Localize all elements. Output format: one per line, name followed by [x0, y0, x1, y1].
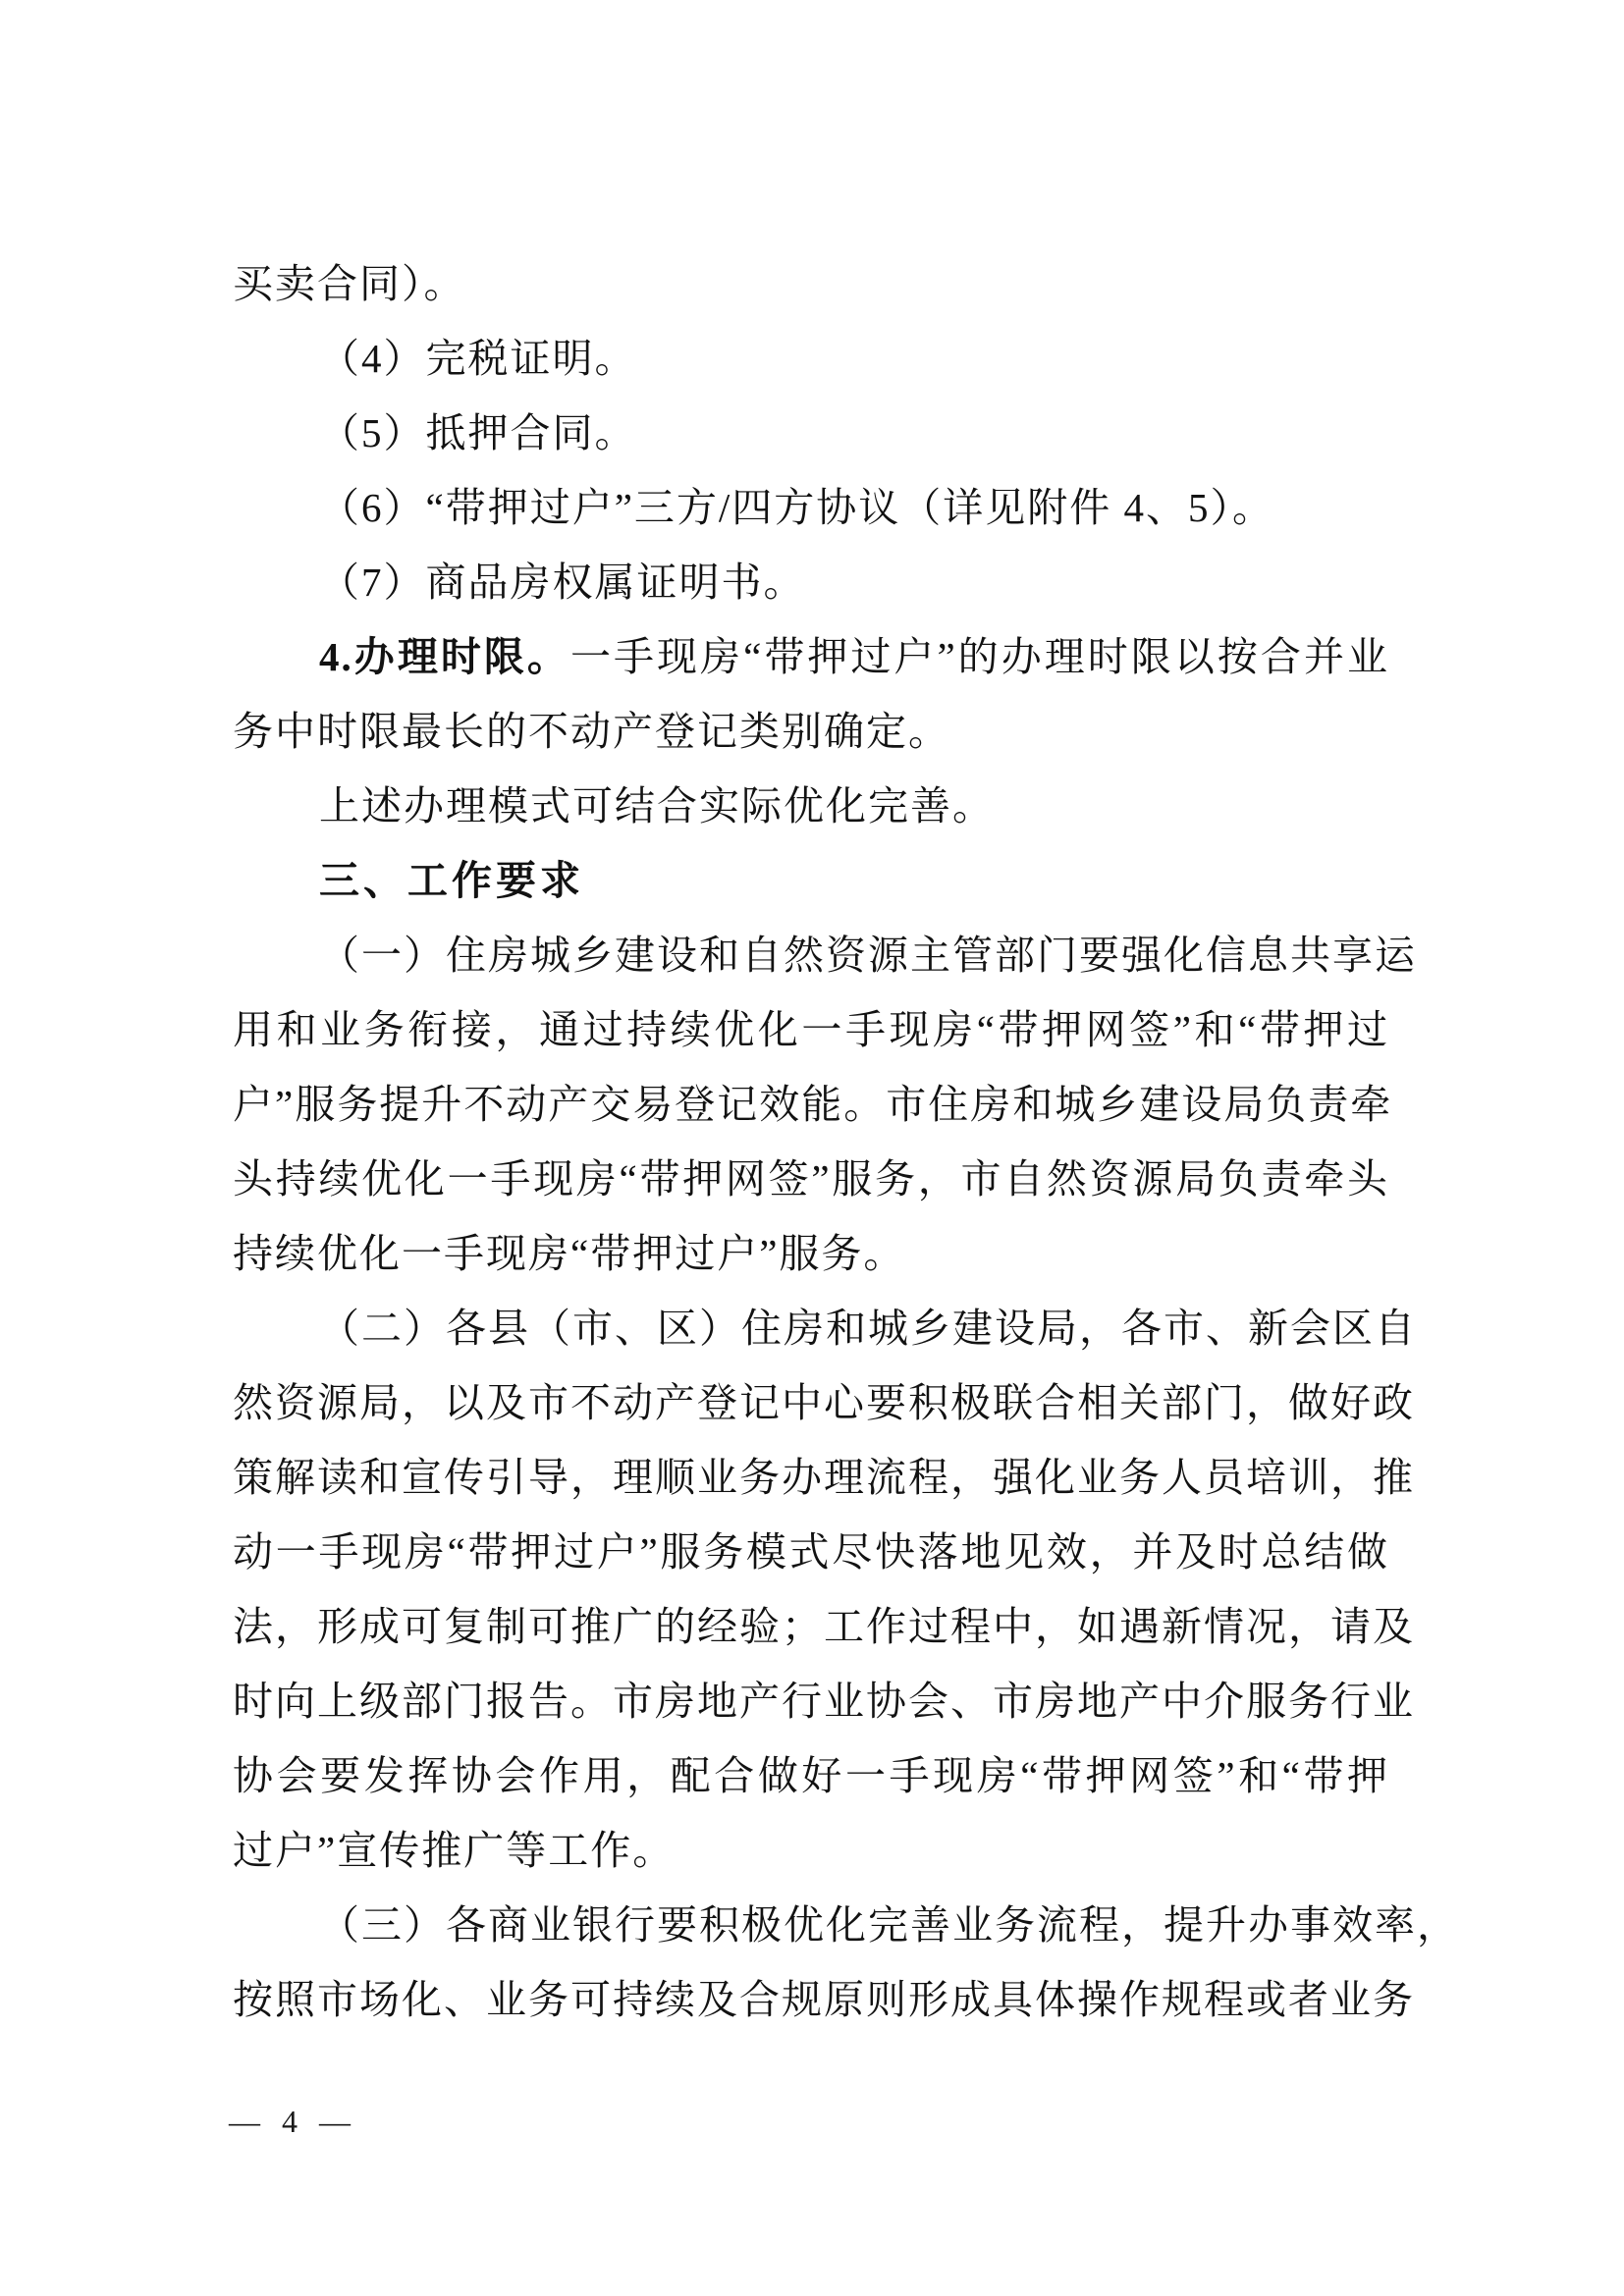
section-heading: 三、工作要求	[233, 843, 1389, 918]
text-line: （7）商品房权属证明书。	[233, 545, 1389, 619]
text-line: 过户”宣传推广等工作。	[233, 1813, 1389, 1888]
text-line: 持续优化一手现房“带押过户”服务。	[233, 1216, 1389, 1291]
bold-label: 4.办理时限。	[319, 634, 570, 679]
text-line: 协会要发挥协会作用，配合做好一手现房“带押网签”和“带押	[233, 1738, 1389, 1813]
document-page: 买卖合同）。 （4）完税证明。 （5）抵押合同。 （6）“带押过户”三方/四方协…	[0, 0, 1624, 2296]
text-line: 时向上级部门报告。市房地产行业协会、市房地产中介服务行业	[233, 1664, 1389, 1738]
text-line: 用和业务衔接，通过持续优化一手现房“带押网签”和“带押过	[233, 992, 1389, 1067]
text-line: 头持续优化一手现房“带押网签”服务，市自然资源局负责牵头	[233, 1142, 1389, 1216]
text-line: 然资源局，以及市不动产登记中心要积极联合相关部门，做好政	[233, 1365, 1389, 1440]
text-line: 买卖合同）。	[233, 246, 1389, 321]
page-number: — 4 —	[229, 2102, 357, 2141]
text-line: 务中时限最长的不动产登记类别确定。	[233, 694, 1389, 769]
text-line: 上述办理模式可结合实际优化完善。	[233, 769, 1389, 843]
text-line: 法，形成可复制可推广的经验；工作过程中，如遇新情况，请及	[233, 1589, 1389, 1664]
text-line: （二）各县（市、区）住房和城乡建设局，各市、新会区自	[233, 1291, 1389, 1365]
document-body: 买卖合同）。 （4）完税证明。 （5）抵押合同。 （6）“带押过户”三方/四方协…	[233, 246, 1389, 2037]
text-line: （三）各商业银行要积极优化完善业务流程，提升办事效率，	[233, 1888, 1389, 1962]
text-line: 策解读和宣传引导，理顺业务办理流程，强化业务人员培训，推	[233, 1440, 1389, 1515]
text-line: （一）住房城乡建设和自然资源主管部门要强化信息共享运	[233, 918, 1389, 992]
text-line: （6）“带押过户”三方/四方协议（详见附件 4、5）。	[233, 470, 1389, 545]
text-line: 按照市场化、业务可持续及合规原则形成具体操作规程或者业务	[233, 1962, 1389, 2037]
text-run: 一手现房“带押过户”的办理时限以按合并业	[570, 634, 1389, 679]
text-line: （5）抵押合同。	[233, 396, 1389, 470]
text-line: 户”服务提升不动产交易登记效能。市住房和城乡建设局负责牵	[233, 1067, 1389, 1142]
text-line: 4.办理时限。一手现房“带押过户”的办理时限以按合并业	[233, 619, 1389, 694]
text-line: （4）完税证明。	[233, 321, 1389, 396]
text-line: 动一手现房“带押过户”服务模式尽快落地见效，并及时总结做	[233, 1515, 1389, 1589]
